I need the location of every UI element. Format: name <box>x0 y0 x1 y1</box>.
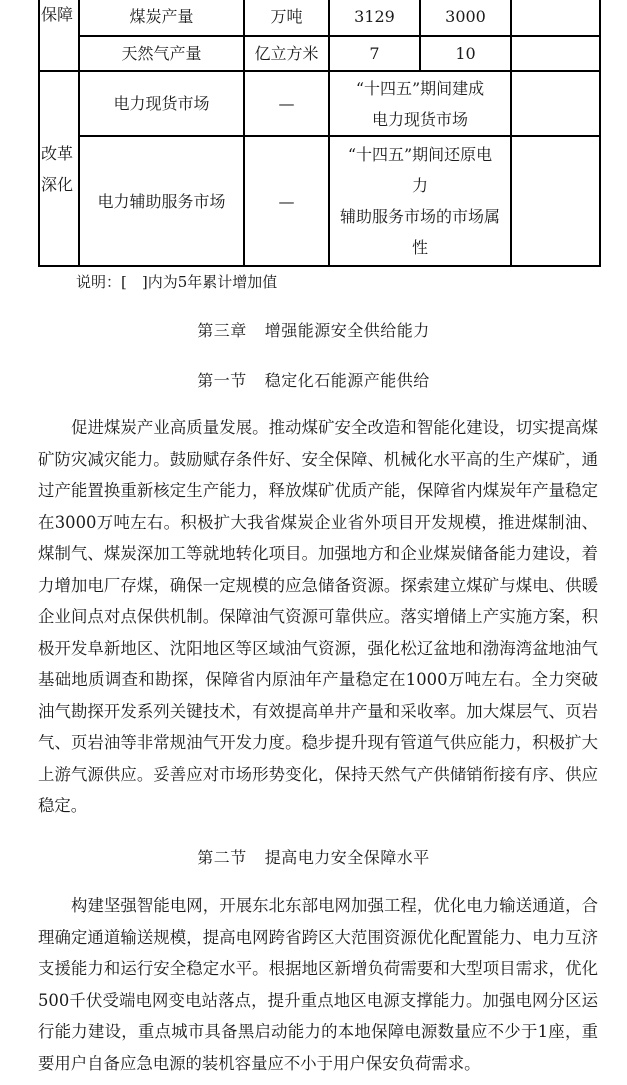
value-2020-cell: 3129 <box>329 0 420 36</box>
target-line: 辅助服务市场的市场属 <box>330 201 510 232</box>
attribute-cell <box>511 0 600 36</box>
section-paragraph: 构建坚强智能电网，开展东北东部电网加强工程，优化电力输送通道，合理确定通道输送规… <box>38 890 598 1079</box>
chapter-heading: 第三章增强能源安全供给能力 <box>0 320 627 342</box>
section-heading: 第二节提高电力安全保障水平 <box>0 847 627 869</box>
indicator-cell: 电力现货市场 <box>79 71 244 136</box>
attribute-cell <box>511 71 600 136</box>
table-row: 天然气产量 亿立方米 7 10 <box>39 36 600 71</box>
chapter-number: 第三章 <box>197 321 247 340</box>
target-cell: “十四五”期间建成 电力现货市场 <box>329 71 511 136</box>
indicator-cell: 电力辅助服务市场 <box>79 136 244 266</box>
value-2025-cell: 10 <box>420 36 511 71</box>
target-line: 电力现货市场 <box>330 104 510 135</box>
target-cell: “十四五”期间还原电 力 辅助服务市场的市场属 性 <box>329 136 511 266</box>
section-title: 提高电力安全保障水平 <box>265 848 430 867</box>
indicator-cell: 煤炭产量 <box>79 0 244 36</box>
unit-cell: — <box>244 136 329 266</box>
section-paragraph: 促进煤炭产业高质量发展。推动煤矿安全改造和智能化建设，切实提高煤矿防灾减灾能力。… <box>38 412 598 822</box>
target-line: 力 <box>330 170 510 201</box>
document-page: 保障 煤炭产量 万吨 3129 3000 天然气产量 亿立方米 7 10 改革 … <box>0 0 627 1085</box>
category-cell: 保障 <box>39 0 79 71</box>
target-line: “十四五”期间建成 <box>330 73 510 104</box>
table-row: 电力辅助服务市场 — “十四五”期间还原电 力 辅助服务市场的市场属 性 <box>39 136 600 266</box>
section-number: 第一节 <box>197 371 247 390</box>
value-2025-cell: 3000 <box>420 0 511 36</box>
category-cell: 改革 深化 <box>39 71 79 266</box>
indicator-table: 保障 煤炭产量 万吨 3129 3000 天然气产量 亿立方米 7 10 改革 … <box>38 0 601 267</box>
table-note: 说明：[ ]内为5年累计增加值 <box>76 271 277 293</box>
target-line: “十四五”期间还原电 <box>330 139 510 170</box>
target-line: 性 <box>330 232 510 263</box>
attribute-cell <box>511 136 600 266</box>
unit-cell: 亿立方米 <box>244 36 329 71</box>
table-row: 保障 煤炭产量 万吨 3129 3000 <box>39 0 600 36</box>
section-title: 稳定化石能源产能供给 <box>265 371 430 390</box>
chapter-title: 增强能源安全供给能力 <box>265 321 430 340</box>
value-2020-cell: 7 <box>329 36 420 71</box>
attribute-cell <box>511 36 600 71</box>
unit-cell: 万吨 <box>244 0 329 36</box>
indicator-cell: 天然气产量 <box>79 36 244 71</box>
unit-cell: — <box>244 71 329 136</box>
category-line: 深化 <box>41 169 78 200</box>
section-number: 第二节 <box>197 848 247 867</box>
section-heading: 第一节稳定化石能源产能供给 <box>0 370 627 392</box>
table-row: 改革 深化 电力现货市场 — “十四五”期间建成 电力现货市场 <box>39 71 600 136</box>
category-line: 改革 <box>41 138 78 169</box>
